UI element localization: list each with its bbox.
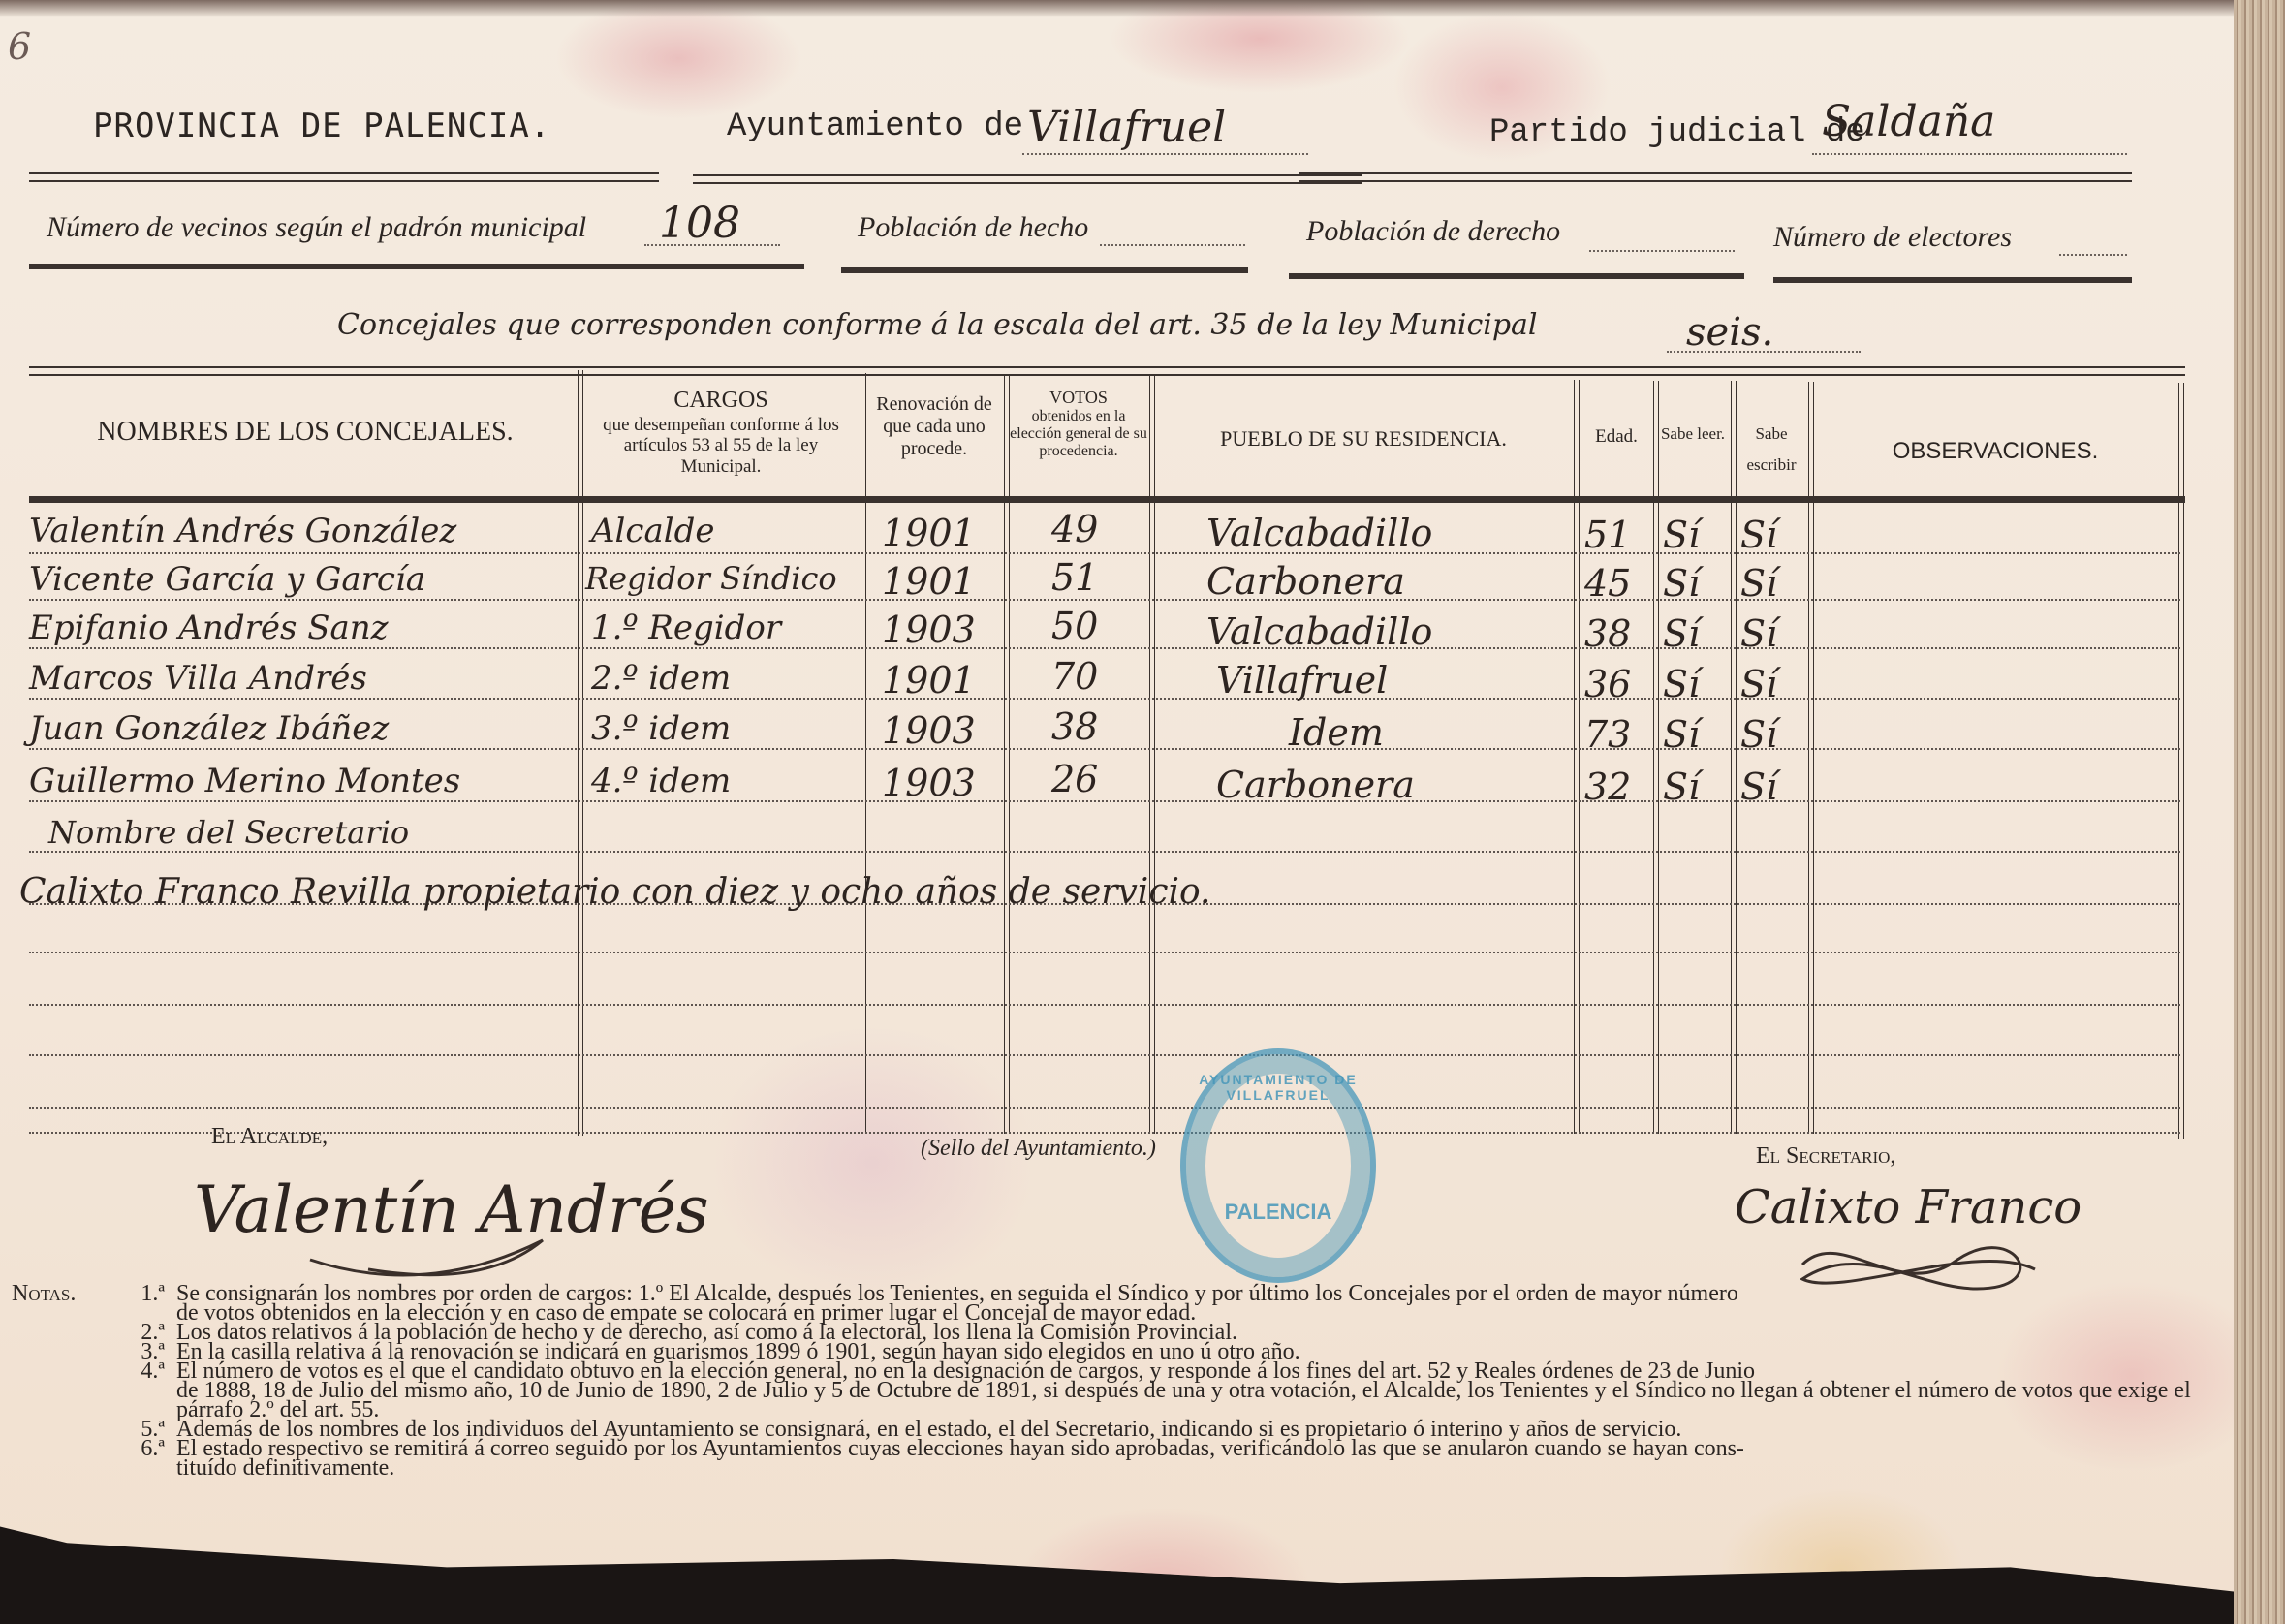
sello-label: (Sello del Ayuntamiento.) (921, 1136, 1156, 1162)
row-rule (29, 647, 2180, 649)
cell-sabe-escribir: Sí (1740, 765, 1777, 808)
cell-votos: 38 (1051, 705, 1098, 748)
document-page: 6 PROVINCIA DE PALENCIA. Ayuntamiento de… (0, 0, 2234, 1624)
column-divider (1574, 380, 1580, 1134)
note-text: El estado respectivo se remitirá á corre… (176, 1439, 2209, 1458)
partido-value: Saldaña (1822, 97, 1995, 146)
note-number: 6.ª (39, 1439, 176, 1458)
cell-edad: 36 (1584, 663, 1631, 705)
row-rule (29, 698, 2180, 700)
cell-votos: 70 (1051, 655, 1098, 698)
cell-votos: 51 (1051, 556, 1098, 599)
column-header-sabe-escribir: Sabe escribir (1737, 419, 1806, 481)
cell-edad: 38 (1584, 612, 1631, 655)
vecinos-value: 108 (659, 199, 740, 248)
cell-renovacion: 1901 (882, 512, 976, 554)
row-rule (29, 851, 2180, 853)
column-divider (1731, 381, 1737, 1134)
cell-votos: 50 (1051, 605, 1098, 647)
cell-nombre: Juan González Ibáñez (29, 709, 389, 748)
vecinos-dotted-line (644, 244, 780, 246)
concejales-value: seis. (1686, 310, 1773, 355)
stats-rule (1289, 273, 1744, 279)
vecinos-label: Número de vecinos según el padrón munici… (47, 211, 586, 244)
column-header-nombres: NOMBRES DE LOS CONCEJALES. (39, 417, 572, 448)
alcalde-label: El Alcalde, (211, 1124, 328, 1150)
notes-section: Notas. 1.ª Se consignarán los nombres po… (39, 1284, 2209, 1478)
cell-cargo: Regidor Síndico (585, 560, 837, 597)
cell-pueblo: Valcabadillo (1206, 512, 1432, 554)
column-header-renovacion: Renovación de que cada uno procede. (866, 393, 1002, 460)
cell-sabe-escribir: Sí (1740, 514, 1777, 556)
municipal-seal-stamp: AYUNTAMIENTO DE VILLAFRUEL PALENCIA (1180, 1048, 1376, 1283)
column-header-edad: Edad. (1580, 426, 1653, 448)
ayuntamiento-label: Ayuntamiento de (727, 109, 1023, 145)
cell-pueblo: Villafruel (1216, 659, 1388, 702)
cell-renovacion: 1901 (882, 659, 976, 702)
cell-cargo: 1.º Regidor (591, 609, 781, 647)
cell-renovacion: 1903 (882, 609, 976, 651)
header-rule (29, 172, 659, 182)
column-divider (1004, 374, 1010, 1134)
concejales-dotted-line (1667, 351, 1861, 353)
cell-votos: 26 (1051, 758, 1098, 800)
cell-pueblo: Carbonera (1216, 764, 1415, 806)
page-number-mark: 6 (8, 25, 31, 68)
column-header-sabe-leer: Sabe leer. (1659, 419, 1727, 450)
ayuntamiento-dotted-line (1022, 153, 1308, 155)
cell-edad: 73 (1584, 713, 1631, 756)
stamp-text-top: AYUNTAMIENTO DE VILLAFRUEL (1186, 1072, 1370, 1103)
cell-votos: 49 (1051, 508, 1098, 550)
header-rule (693, 174, 1362, 184)
header-rule (1299, 172, 2132, 182)
table-header-rule (29, 496, 2185, 503)
cell-cargo: 4.º idem (591, 762, 731, 800)
cell-sabe-escribir: Sí (1740, 713, 1777, 756)
cell-edad: 45 (1584, 562, 1631, 605)
poblacion-hecho-dotted-line (1100, 244, 1245, 246)
poblacion-derecho-dotted-line (1589, 250, 1735, 252)
cell-cargo: 2.º idem (591, 659, 731, 698)
note-continuation: tituído definitivamente. (39, 1458, 2209, 1478)
column-divider (1149, 376, 1155, 1134)
column-divider (861, 373, 866, 1134)
votos-title: VOTOS (1010, 388, 1147, 408)
stats-rule (841, 267, 1248, 273)
note-continuation: de 1888, 18 de Julio del mismo año, 10 d… (39, 1381, 2209, 1420)
partido-dotted-line (1812, 153, 2127, 155)
cell-pueblo: Valcabadillo (1206, 610, 1432, 653)
electores-label: Número de electores (1773, 221, 2012, 254)
secretary-line: Calixto Franco Revilla propietario con d… (19, 872, 1210, 912)
ayuntamiento-value: Villafruel (1027, 103, 1226, 152)
cell-pueblo: Idem (1289, 711, 1384, 754)
cell-edad: 32 (1584, 765, 1631, 808)
row-rule (29, 1132, 2180, 1134)
column-header-cargos: CARGOS que desempeñan conforme á los art… (581, 388, 861, 478)
province-title: PROVINCIA DE PALENCIA. (93, 107, 550, 145)
cell-sabe-leer: Sí (1663, 663, 1700, 705)
cell-cargo: Alcalde (591, 512, 715, 550)
row-rule (29, 1054, 2180, 1056)
row-rule (29, 1107, 2180, 1109)
cell-sabe-escribir: Sí (1740, 663, 1777, 705)
cell-cargo: 3.º idem (591, 709, 731, 748)
cell-renovacion: 1901 (882, 560, 976, 603)
notes-label: Notas. (12, 1284, 76, 1303)
cell-renovacion: 1903 (882, 762, 976, 804)
cell-nombre: Valentín Andrés González (29, 512, 456, 550)
poblacion-derecho-label: Población de derecho (1306, 215, 1560, 248)
cargos-subtitle: que desempeñan conforme á los artículos … (581, 415, 861, 479)
cell-renovacion: 1903 (882, 709, 976, 752)
stamp-text-bottom: PALENCIA (1186, 1200, 1370, 1225)
row-rule (29, 952, 2180, 953)
cell-sabe-leer: Sí (1663, 612, 1700, 655)
cell-edad: 51 (1584, 514, 1631, 556)
cargos-title: CARGOS (581, 388, 861, 415)
electores-dotted-line (2059, 254, 2127, 256)
cell-sabe-escribir: Sí (1740, 562, 1777, 605)
stats-rule (29, 264, 804, 269)
cell-pueblo: Carbonera (1206, 560, 1405, 603)
note-number: 4.ª (39, 1361, 176, 1381)
table-top-rule (29, 366, 2185, 376)
row-rule (29, 599, 2180, 601)
column-header-votos: VOTOS obtenidos en la elección general d… (1010, 388, 1147, 461)
concejales-label: Concejales que corresponden conforme á l… (337, 308, 1538, 342)
cell-sabe-leer: Sí (1663, 713, 1700, 756)
cell-sabe-leer: Sí (1663, 765, 1700, 808)
votos-subtitle: obtenidos en la elección general de su p… (1010, 408, 1147, 461)
row-rule (29, 800, 2180, 802)
secretary-heading: Nombre del Secretario (48, 814, 409, 851)
cell-nombre: Guillermo Merino Montes (29, 762, 460, 800)
column-header-pueblo: PUEBLO DE SU RESIDENCIA. (1155, 426, 1572, 451)
cell-sabe-leer: Sí (1663, 562, 1700, 605)
partido-label: Partido judicial de (1489, 114, 1865, 151)
secretario-label: El Secretario, (1756, 1143, 1895, 1170)
column-divider (578, 370, 583, 1136)
cell-nombre: Epifanio Andrés Sanz (29, 609, 389, 647)
cell-sabe-escribir: Sí (1740, 612, 1777, 655)
page-top-shadow (0, 0, 2234, 17)
row-rule (29, 748, 2180, 750)
column-header-observaciones: OBSERVACIONES. (1814, 438, 2176, 465)
cell-nombre: Vicente García y García (29, 560, 425, 599)
column-divider (1808, 382, 1814, 1134)
book-page-edges (2234, 0, 2285, 1624)
row-rule (29, 1004, 2180, 1006)
poblacion-hecho-label: Población de hecho (858, 211, 1088, 244)
cell-sabe-leer: Sí (1663, 514, 1700, 556)
row-rule (29, 552, 2180, 554)
cell-nombre: Marcos Villa Andrés (29, 659, 367, 698)
stats-rule (1773, 277, 2132, 283)
column-divider (1653, 381, 1659, 1134)
